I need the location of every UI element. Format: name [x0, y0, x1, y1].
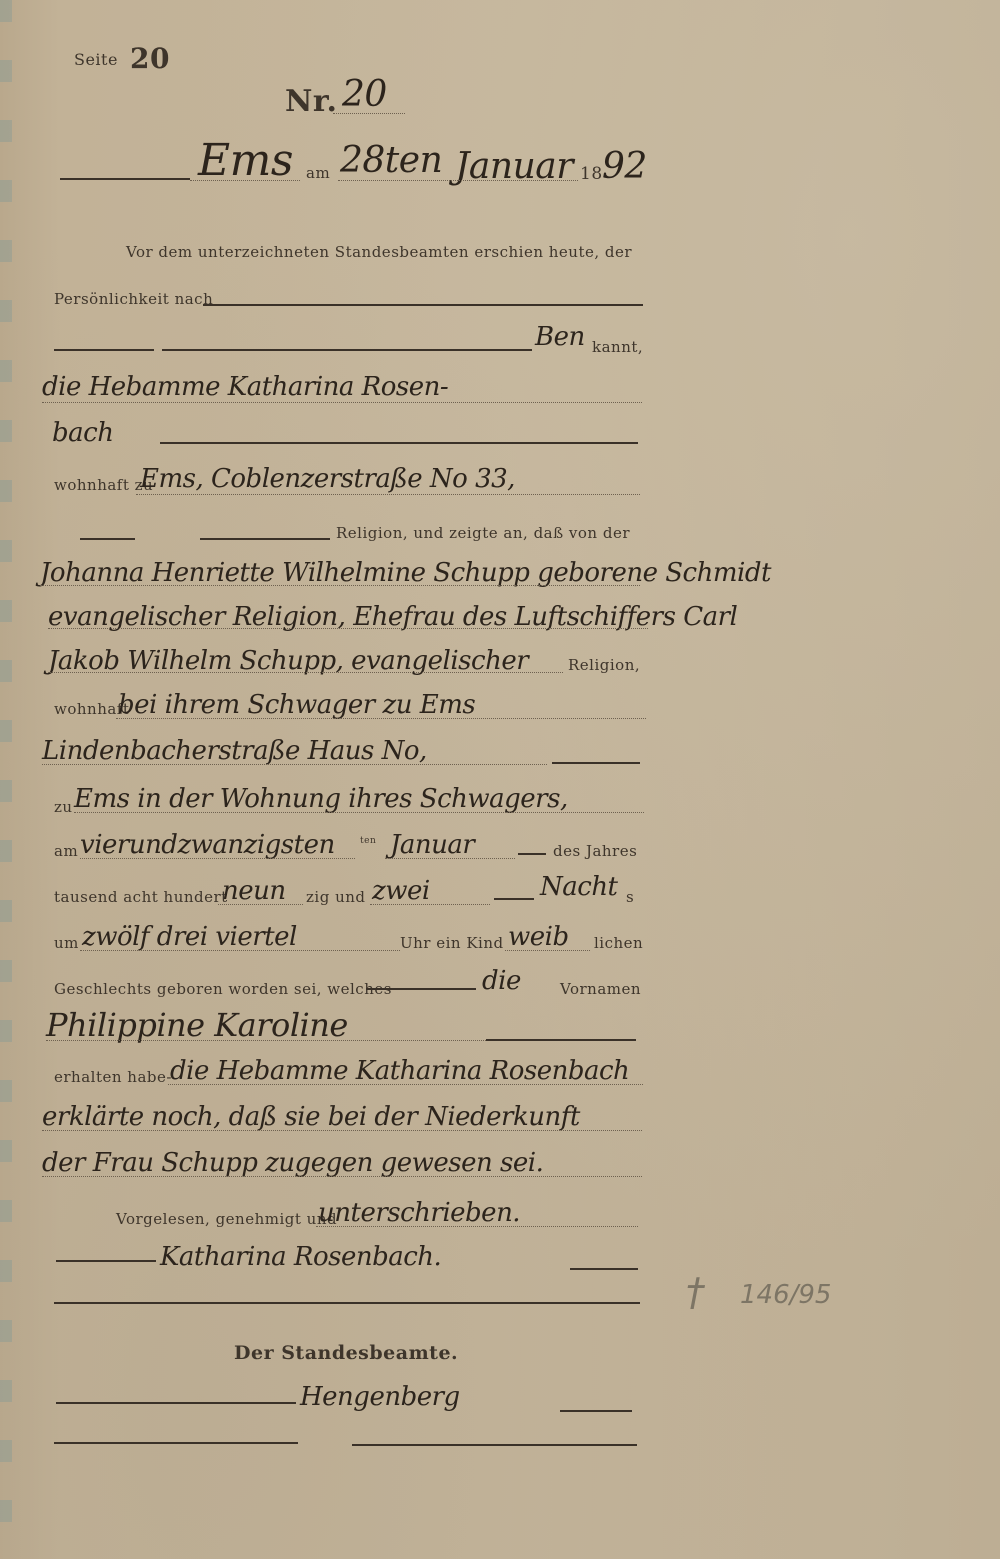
informant-rule-2	[160, 442, 638, 444]
year-units-line	[370, 904, 490, 905]
known-label: kannt,	[592, 338, 643, 356]
signature-rule-left	[56, 1260, 156, 1262]
intro-line: Vor dem unterzeichneten Standesbeamten e…	[126, 243, 632, 261]
date-line	[338, 180, 578, 181]
statement-2: erklärte noch, daß sie bei der Niederkun…	[42, 1102, 580, 1132]
registrar-rule-1	[56, 1402, 296, 1404]
place-value: Ems	[198, 135, 293, 186]
registrar-rule-4	[352, 1444, 637, 1446]
ten-suffix: ten	[360, 836, 376, 846]
page-label: Seite	[74, 50, 118, 69]
year-units: zwei	[372, 876, 430, 906]
mother-line-3	[48, 672, 563, 673]
year-units-rule	[494, 898, 534, 900]
mother-residence-1: bei ihrem Schwager zu Ems	[118, 690, 475, 720]
statement-line-3	[42, 1176, 642, 1177]
vorgelesen-label: Vorgelesen, genehmigt und	[116, 1210, 337, 1228]
year-tens: neun	[222, 876, 286, 906]
sex-value: weib	[508, 922, 569, 952]
scanned-register-page	[0, 0, 1000, 1559]
des-jahres-label: des Jahres	[553, 842, 637, 860]
informant-signature: Katharina Rosenbach.	[160, 1242, 441, 1272]
religion-rule-2	[200, 538, 330, 540]
birth-day: vierundzwanzigsten	[80, 830, 335, 860]
vorgelesen-value: unterschrieben.	[318, 1198, 520, 1228]
page-number: 20	[130, 42, 170, 75]
year-suffix: 92	[602, 146, 647, 187]
uhr-kind-label: Uhr ein Kind	[400, 934, 504, 952]
vorgelesen-line	[316, 1226, 638, 1227]
residence-label: wohnhaft zu	[54, 476, 153, 494]
statement-line-1	[168, 1084, 643, 1085]
mother-line-1	[40, 585, 640, 586]
persoenlichkeit-rule	[203, 304, 643, 306]
child-name-rule	[486, 1039, 636, 1041]
child-name: Philippine Karoline	[46, 1006, 348, 1044]
entry-number-line	[333, 113, 405, 114]
known-rule-2	[162, 349, 532, 351]
religion-announcement: Religion, und zeigte an, daß von der	[336, 524, 630, 542]
birth-time-line	[80, 950, 400, 951]
known-rule-1	[54, 349, 154, 351]
entry-label: Nr.	[285, 84, 337, 119]
birth-month-rule	[518, 853, 546, 855]
birth-place: Ems in der Wohnung ihres Schwagers,	[74, 784, 568, 814]
mother-line-2	[48, 628, 648, 629]
religion-rule-1	[80, 538, 135, 540]
birth-day-line	[80, 858, 355, 859]
registrar-rule-2	[560, 1410, 632, 1412]
informant-name-2: bach	[52, 418, 113, 448]
birth-month: Januar	[390, 830, 474, 860]
informant-line-1	[42, 402, 642, 403]
geschlechts-label: Geschlechts geboren worden sei, welches	[54, 980, 392, 998]
mother-residence-rule	[552, 762, 640, 764]
date-day: 28ten	[340, 140, 442, 181]
registrar-rule-3	[54, 1442, 298, 1444]
entry-number: 20	[342, 74, 387, 115]
s-suffix: s	[626, 888, 634, 906]
margin-reference: 146/95	[740, 1280, 831, 1310]
mother-residence-2: Lindenbacherstraße Haus No,	[42, 736, 427, 766]
year-tens-line	[218, 904, 303, 905]
zu-label: zu	[54, 798, 73, 816]
residence-value: Ems, Coblenzerstraße No 33,	[140, 464, 515, 494]
zig-und-label: zig und	[306, 888, 366, 906]
statement-1: die Hebamme Katharina Rosenbach	[170, 1056, 629, 1086]
date-prefix: am	[306, 164, 330, 182]
cross-mark-icon: †	[686, 1270, 705, 1314]
time-of-day: Nacht	[540, 872, 618, 902]
birth-place-line	[74, 812, 644, 813]
religion-label: Religion,	[568, 656, 640, 674]
statement-3: der Frau Schupp zugegen gewesen sei.	[42, 1148, 543, 1178]
vornamen-rule	[366, 988, 476, 990]
am-label: am	[54, 842, 78, 860]
mother-residence-line-1	[116, 718, 646, 719]
mother-name-1: Johanna Henriette Wilhelmine Schupp gebo…	[40, 558, 771, 588]
birth-month-line	[385, 858, 515, 859]
erhalten-label: erhalten habe-	[54, 1068, 172, 1086]
statement-line-2	[42, 1130, 642, 1131]
tausend-label: tausend acht hundert	[54, 888, 228, 906]
year-prefix: 18	[580, 164, 603, 184]
lichen-label: lichen	[594, 934, 643, 952]
binding-edge	[0, 0, 12, 1559]
um-label: um	[54, 934, 79, 952]
informant-name-1: die Hebamme Katharina Rosen-	[42, 372, 448, 402]
place-rule	[60, 178, 190, 180]
registrar-signature: Hengenberg	[300, 1382, 460, 1412]
place-line	[190, 180, 300, 181]
persoenlichkeit-label: Persönlichkeit nach	[54, 290, 213, 308]
signature-rule-right	[570, 1268, 638, 1270]
residence-line	[136, 494, 640, 495]
sex-line	[505, 950, 590, 951]
child-name-line	[46, 1040, 486, 1041]
mother-residence-line-2	[42, 764, 547, 765]
known-prefix: Ben	[535, 322, 585, 352]
vornamen-label: Vornamen	[560, 980, 641, 998]
vornamen-article: die	[482, 966, 521, 996]
birth-time: zwölf drei viertel	[82, 922, 297, 952]
closing-rule	[54, 1302, 640, 1304]
registrar-title: Der Standesbeamte.	[234, 1342, 458, 1364]
